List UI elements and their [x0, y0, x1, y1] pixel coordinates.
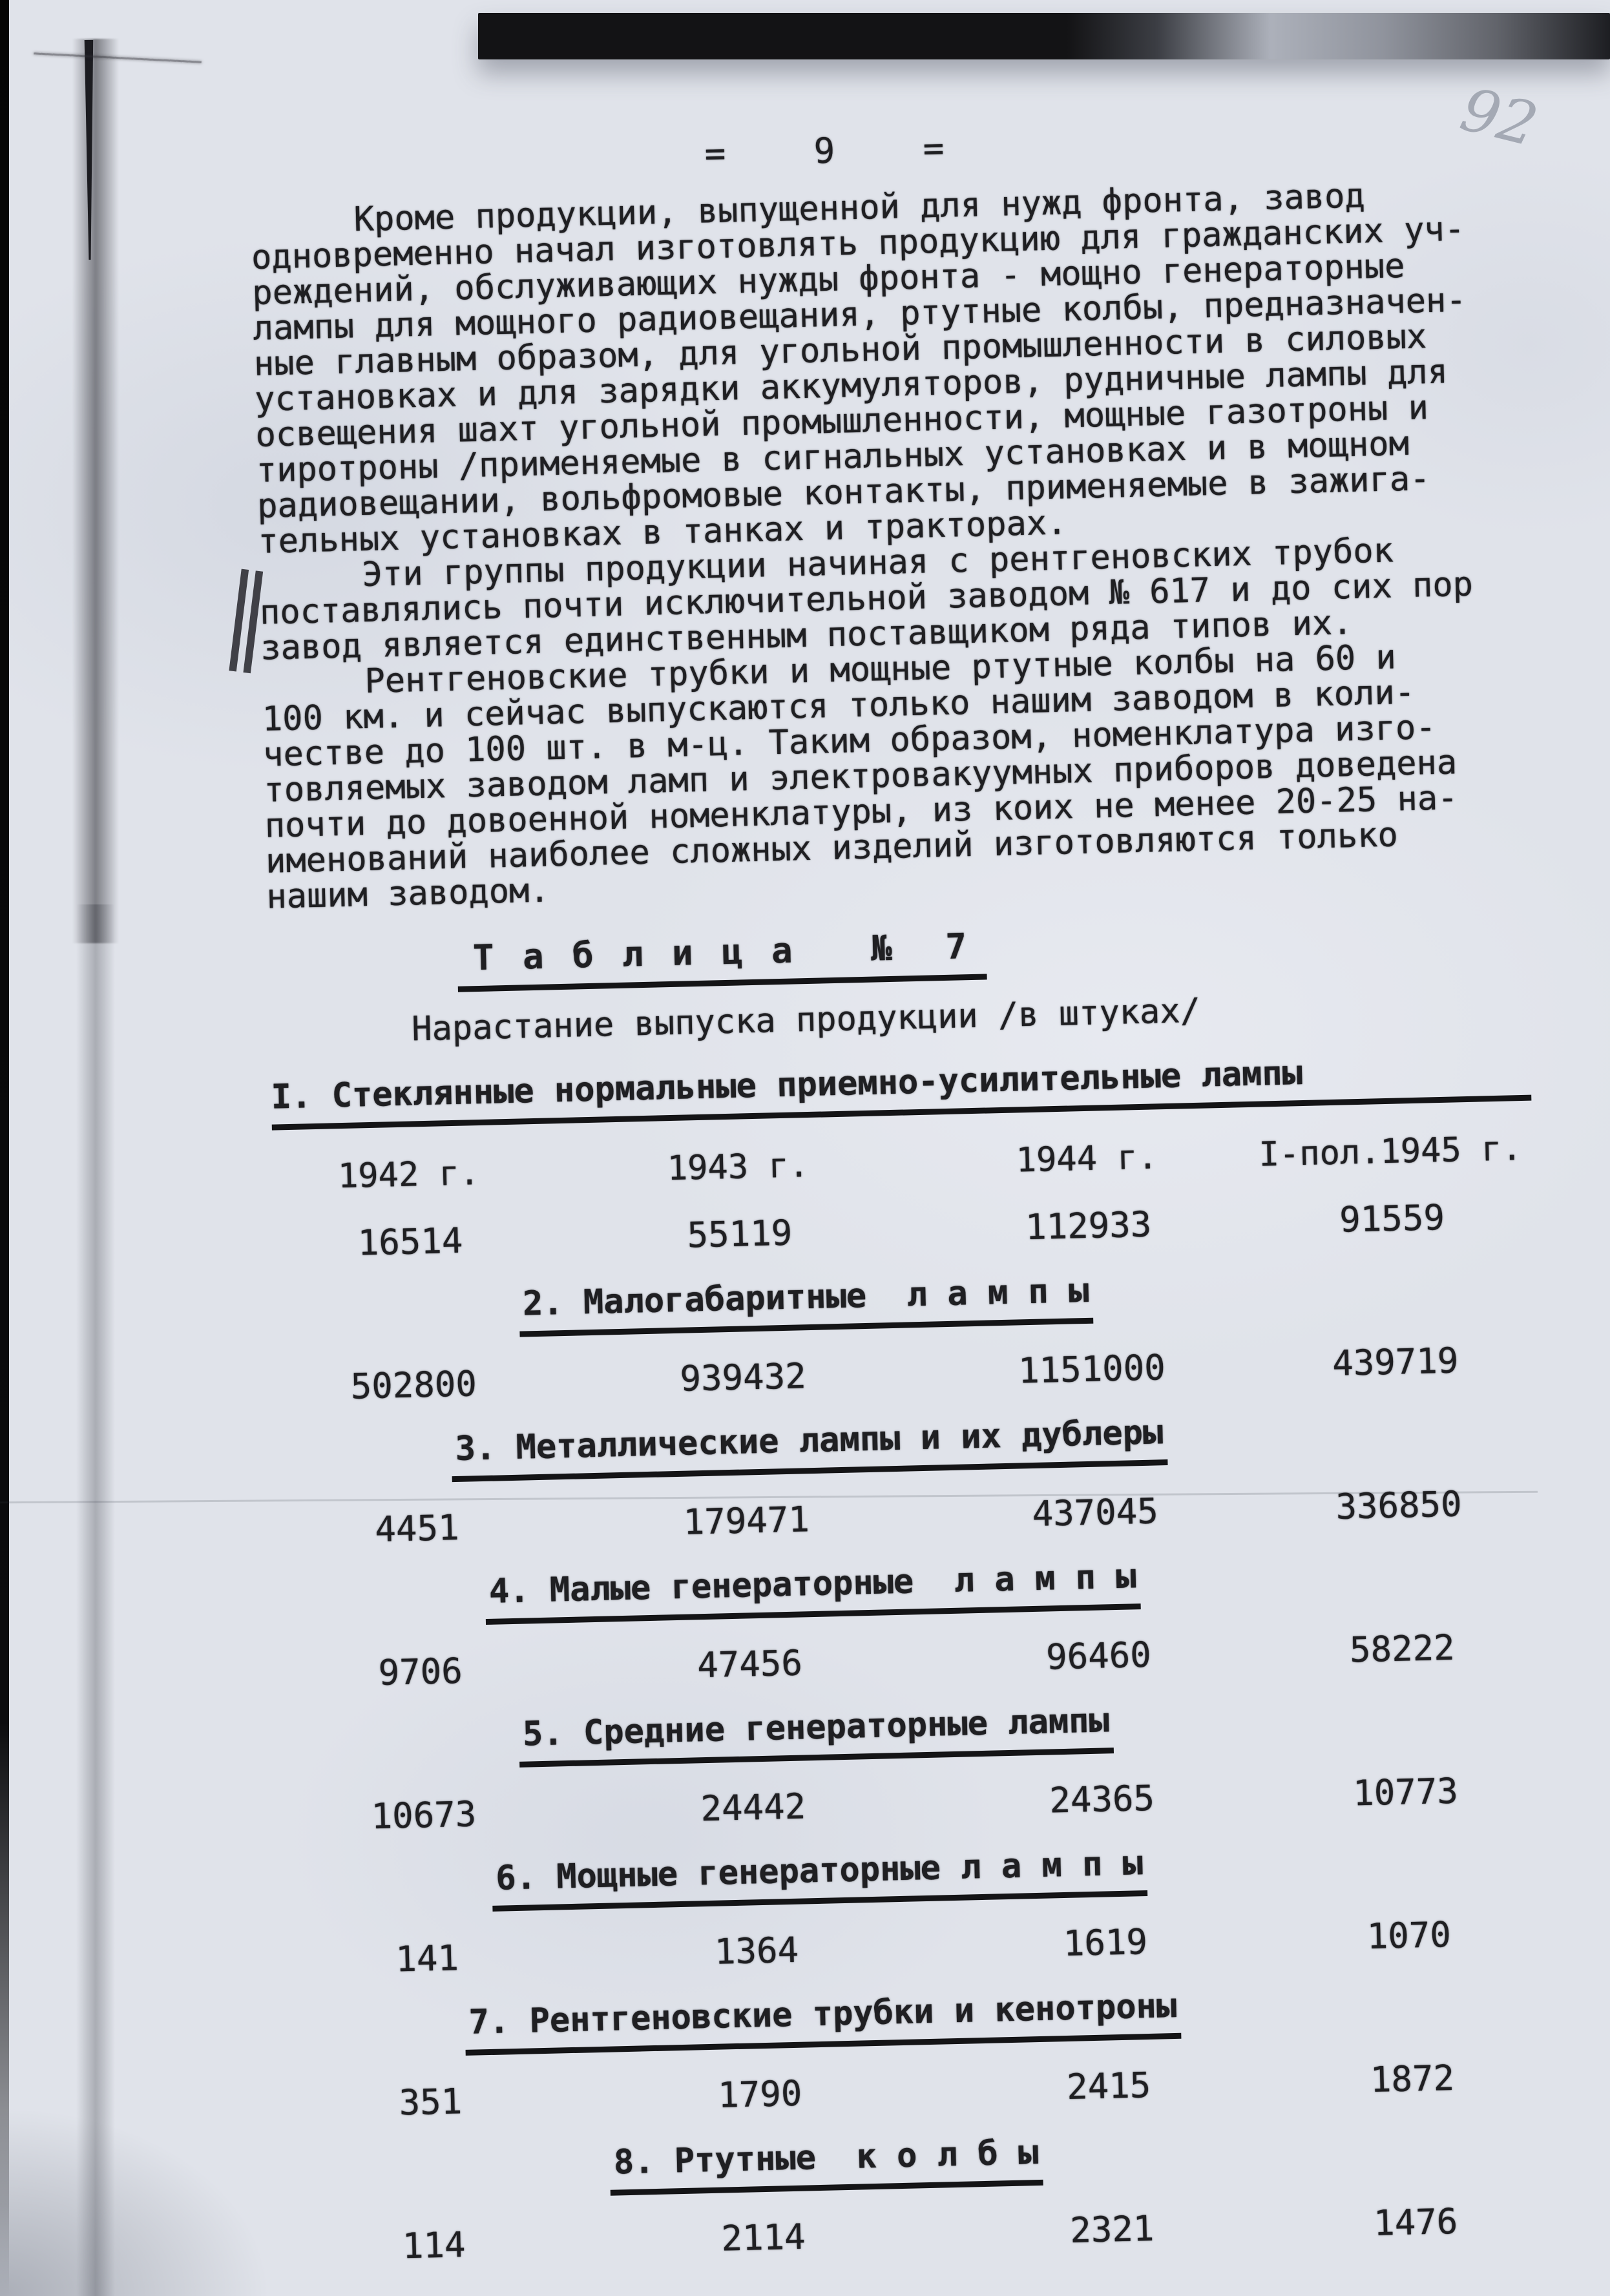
value-cell: 24365: [946, 1775, 1257, 1823]
table-values-row-6: 141 1364 1619 1070: [291, 1912, 1562, 1978]
paragraph-1: Кроме продукции, выпущенной для нужд фро…: [250, 175, 1527, 560]
value-cell: 9706: [284, 1648, 556, 1695]
table-year-header-row: 1942 г. 1943 г. 1944 г. I-пол.1945 г.: [273, 1129, 1543, 1195]
value-cell: 1364: [562, 1926, 950, 1976]
value-cell: 939432: [549, 1352, 937, 1402]
fold-crease-vertical-upper: [72, 39, 119, 943]
value-cell: 10673: [287, 1791, 559, 1839]
table-section-6-heading: 6. Мощные генераторные л а м п ы: [492, 1844, 1147, 1912]
bottom-left-corner-shadow: [0, 2106, 271, 2296]
value-cell: 16514: [274, 1218, 546, 1266]
table-values-row-1: 16514 55119 112933 91559: [274, 1195, 1544, 1260]
value-cell: 351: [295, 2078, 567, 2125]
column-header-1943: 1943 г.: [544, 1143, 932, 1191]
column-header-1942: 1942 г.: [273, 1153, 545, 1198]
value-cell: 1476: [1267, 2198, 1565, 2246]
value-cell: 114: [298, 2222, 570, 2269]
column-header-1945h1: I-пол.1945 г.: [1242, 1129, 1540, 1174]
table-values-row-5: 10673 24442 24365 10773: [287, 1768, 1558, 1834]
table-section-3-heading: 3. Металлические лампы и их дублеры: [451, 1413, 1167, 1482]
table-values-row-7: 351 1790 2415 1872: [295, 2055, 1565, 2121]
value-cell: 2321: [957, 2206, 1268, 2253]
table-values-row-2: 502800 939432 1151000 439719: [278, 1338, 1548, 1404]
value-cell: 1151000: [936, 1345, 1247, 1393]
value-cell: 179471: [552, 1496, 941, 1545]
fold-crease-vertical-lower: [76, 904, 115, 2296]
typewritten-content: = 9 = Кроме продукции, выпущенной для ну…: [249, 116, 1568, 2264]
value-cell: 4451: [281, 1505, 553, 1552]
table-section-8-heading: 8. Ртутные к о л б ы: [609, 2133, 1043, 2196]
table-values-row-3: 4451 179471 437045 336850: [281, 1481, 1551, 1547]
scanned-document-page: 92 ‖ = 9 = Кроме продукции, выпущенной д…: [0, 0, 1610, 2296]
paragraph-3: Рентгеновские трубки и мощные ртутные ко…: [261, 636, 1536, 915]
column-header-1944: 1944 г.: [932, 1136, 1242, 1182]
scan-top-black-bar: [478, 13, 1610, 59]
value-cell: 336850: [1249, 1481, 1547, 1529]
value-cell: 10773: [1257, 1768, 1554, 1816]
table-title: Т а б л и ц а № 7: [457, 925, 987, 992]
scan-left-edge-shadow: [0, 0, 9, 2296]
value-cell: 439719: [1246, 1338, 1544, 1386]
table-values-row-4: 9706 47456 96460 58222: [284, 1625, 1554, 1691]
value-cell: 1790: [566, 2069, 954, 2119]
table-subtitle: Нарастание выпуска продукции /в штуках/: [269, 983, 1540, 1052]
table-section-4-heading: 4. Малые генераторные л а м п ы: [485, 1557, 1140, 1625]
value-cell: 24442: [559, 1782, 947, 1832]
value-cell: 96460: [943, 1632, 1254, 1680]
value-cell: 47456: [556, 1639, 944, 1689]
value-cell: 141: [291, 1935, 563, 1982]
table-section-7-heading: 7. Рентгеновские трубки и кенотроны: [465, 1987, 1181, 2056]
value-cell: 2114: [569, 2213, 957, 2262]
value-cell: 91559: [1243, 1195, 1541, 1242]
value-cell: 1872: [1263, 2055, 1561, 2103]
table-values-row-8: 114 2114 2321 1476: [298, 2198, 1568, 2264]
page-number: = 9 =: [249, 116, 1519, 184]
value-cell: 2415: [953, 2062, 1264, 2110]
value-cell: 112933: [933, 1202, 1244, 1249]
table-section-1-heading: I. Стеклянные нормальные приемно-усилите…: [271, 1049, 1531, 1131]
value-cell: 58222: [1253, 1625, 1551, 1673]
value-cell: 437045: [940, 1488, 1251, 1536]
value-cell: 1070: [1260, 1912, 1558, 1959]
table-section-2-heading: 2. Малогабаритные л а м п ы: [518, 1271, 1093, 1337]
value-cell: 502800: [278, 1362, 550, 1409]
table-section-5-heading: 5. Средние генераторные лампы: [518, 1701, 1114, 1768]
value-cell: 1619: [950, 1919, 1260, 1967]
value-cell: 55119: [545, 1209, 934, 1259]
